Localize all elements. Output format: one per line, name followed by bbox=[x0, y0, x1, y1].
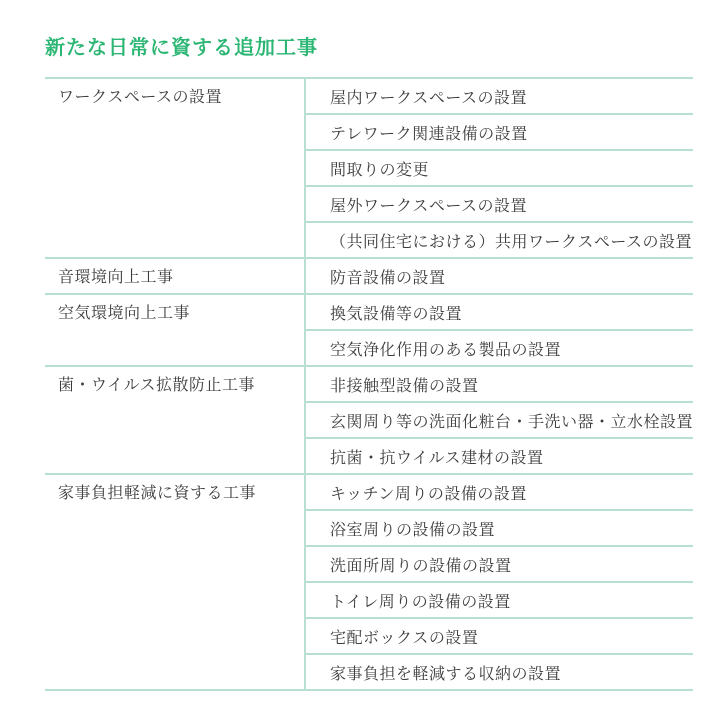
item-cell: キッチン周りの設備の設置 bbox=[305, 474, 693, 510]
item-cell: 間取りの変更 bbox=[305, 150, 693, 186]
item-cell: 非接触型設備の設置 bbox=[305, 366, 693, 402]
item-cell: 洗面所周りの設備の設置 bbox=[305, 546, 693, 582]
page-title: 新たな日常に資する追加工事 bbox=[45, 31, 318, 60]
item-cell: 宅配ボックスの設置 bbox=[305, 618, 693, 654]
renovation-table-body: ワークスペースの設置屋内ワークスペースの設置テレワーク関連設備の設置間取りの変更… bbox=[45, 78, 693, 690]
item-cell: 家事負担を軽減する収納の設置 bbox=[305, 654, 693, 690]
item-cell: テレワーク関連設備の設置 bbox=[305, 114, 693, 150]
renovation-category-table: ワークスペースの設置屋内ワークスペースの設置テレワーク関連設備の設置間取りの変更… bbox=[45, 77, 693, 691]
item-cell: 屋外ワークスペースの設置 bbox=[305, 186, 693, 222]
table-row: 菌・ウイルス拡散防止工事非接触型設備の設置 bbox=[45, 366, 693, 402]
item-cell: 換気設備等の設置 bbox=[305, 294, 693, 330]
item-cell: 抗菌・抗ウイルス建材の設置 bbox=[305, 438, 693, 474]
category-cell: ワークスペースの設置 bbox=[45, 78, 305, 258]
item-cell: 屋内ワークスペースの設置 bbox=[305, 78, 693, 114]
category-cell: 菌・ウイルス拡散防止工事 bbox=[45, 366, 305, 474]
table-row: ワークスペースの設置屋内ワークスペースの設置 bbox=[45, 78, 693, 114]
item-cell: 防音設備の設置 bbox=[305, 258, 693, 294]
table-row: 家事負担軽減に資する工事キッチン周りの設備の設置 bbox=[45, 474, 693, 510]
category-cell: 空気環境向上工事 bbox=[45, 294, 305, 366]
item-cell: 浴室周りの設備の設置 bbox=[305, 510, 693, 546]
item-cell: 空気浄化作用のある製品の設置 bbox=[305, 330, 693, 366]
item-cell: （共同住宅における）共用ワークスペースの設置 bbox=[305, 222, 693, 258]
category-cell: 家事負担軽減に資する工事 bbox=[45, 474, 305, 690]
table-row: 音環境向上工事防音設備の設置 bbox=[45, 258, 693, 294]
item-cell: トイレ周りの設備の設置 bbox=[305, 582, 693, 618]
table-row: 空気環境向上工事換気設備等の設置 bbox=[45, 294, 693, 330]
item-cell: 玄関周り等の洗面化粧台・手洗い器・立水栓設置 bbox=[305, 402, 693, 438]
category-cell: 音環境向上工事 bbox=[45, 258, 305, 294]
